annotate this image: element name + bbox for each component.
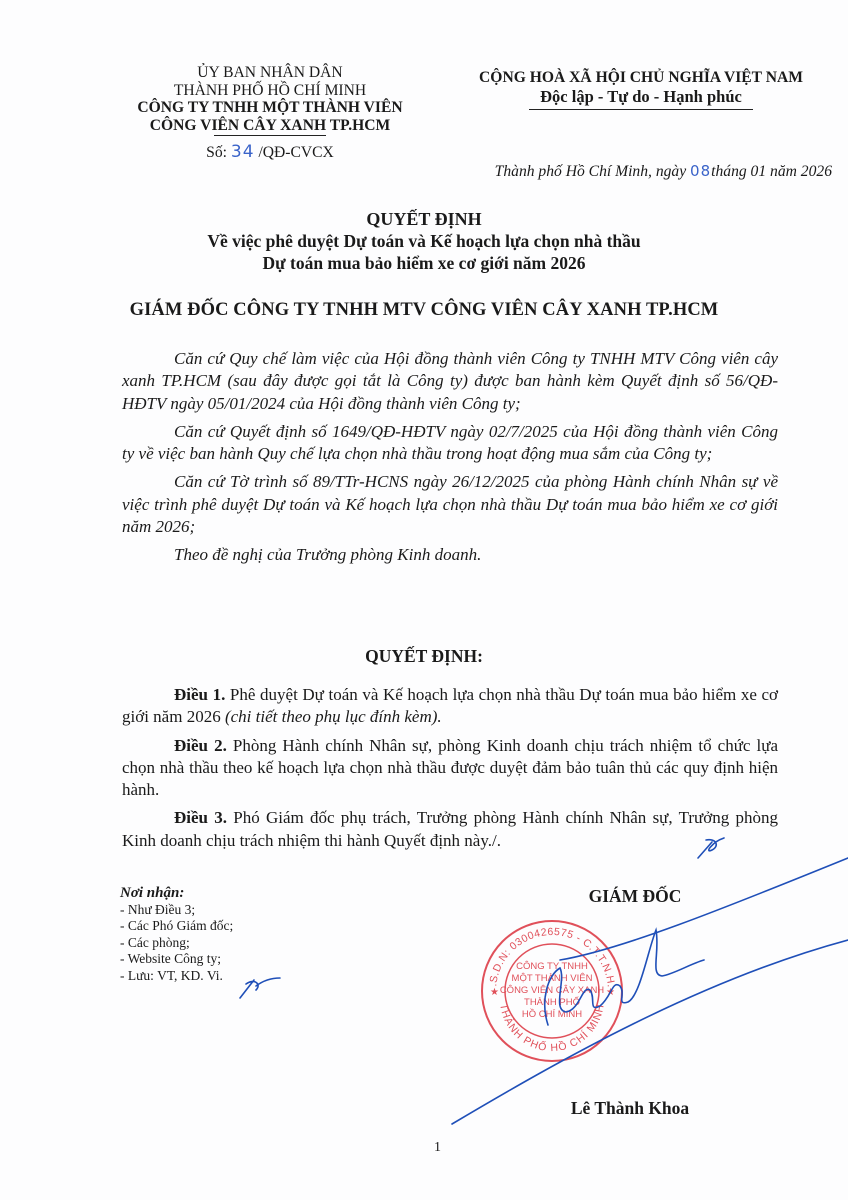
document-page: ỦY BAN NHÂN DÂN THÀNH PHỐ HỒ CHÍ MINH CÔ… <box>0 0 848 1200</box>
svg-text:CÔNG TY TNHH: CÔNG TY TNHH <box>516 961 588 972</box>
motto: Độc lập - Tự do - Hạnh phúc <box>446 87 836 106</box>
number-suffix: /QĐ-CVCX <box>258 144 333 161</box>
date-day: 08 <box>690 162 711 180</box>
company-line-2: CÔNG VIÊN CÂY XANH TP.HCM <box>120 117 420 135</box>
title-subject-2: Dự toán mua bảo hiểm xe cơ giới năm 2026 <box>100 252 748 274</box>
preamble-item: Theo đề nghị của Trưởng phòng Kinh doanh… <box>122 544 778 566</box>
article-1: Điều 1. Phê duyệt Dự toán và Kế hoạch lự… <box>122 684 778 729</box>
article-label: Điều 1. <box>174 685 225 704</box>
agency-underline <box>214 135 326 136</box>
article-label: Điều 2. <box>174 736 227 755</box>
motto-underline <box>529 109 753 110</box>
title-heading: QUYẾT ĐỊNH <box>100 208 748 230</box>
number-label: Số: <box>206 144 227 161</box>
signer-title: GIÁM ĐỐC <box>560 886 710 907</box>
company-stamp: M.S.D.N: 0300426575 - C.T.T.N.H.H THÀNH … <box>478 917 626 1065</box>
date-prefix: Thành phố Hồ Chí Minh, ngày <box>495 163 686 180</box>
decision-heading: QUYẾT ĐỊNH: <box>100 646 748 667</box>
title-subject-1: Về việc phê duyệt Dự toán và Kế hoạch lự… <box>100 230 748 252</box>
svg-text:HỒ CHÍ MINH: HỒ CHÍ MINH <box>522 1008 582 1020</box>
preamble-item: Căn cứ Tờ trình số 89/TTr-HCNS ngày 26/1… <box>122 471 778 538</box>
article-2: Điều 2. Phòng Hành chính Nhân sự, phòng … <box>122 735 778 802</box>
svg-text:★: ★ <box>606 987 615 998</box>
recipient-item: - Lưu: VT, KD. Vi. <box>120 968 233 985</box>
article-label: Điều 3. <box>174 808 227 827</box>
document-number: Số: 34 /QĐ-CVCX <box>120 144 420 162</box>
issuing-agency: ỦY BAN NHÂN DÂN THÀNH PHỐ HỒ CHÍ MINH CÔ… <box>120 64 420 162</box>
recipients-heading: Nơi nhận: <box>120 885 233 902</box>
preamble: Căn cứ Quy chế làm việc của Hội đồng thà… <box>122 348 778 567</box>
recipient-item: - Như Điều 3; <box>120 902 233 919</box>
recipient-item: - Website Công ty; <box>120 951 233 968</box>
svg-text:★: ★ <box>490 987 499 998</box>
company-line-1: CÔNG TY TNHH MỘT THÀNH VIÊN <box>120 99 420 117</box>
recipient-item: - Các phòng; <box>120 935 233 952</box>
article-note: (chi tiết theo phụ lục đính kèm). <box>225 707 442 726</box>
recipient-item: - Các Phó Giám đốc; <box>120 918 233 935</box>
svg-text:CÔNG VIÊN CÂY XANH: CÔNG VIÊN CÂY XANH <box>500 985 604 996</box>
article-3: Điều 3. Phó Giám đốc phụ trách, Trưởng p… <box>122 807 778 852</box>
page-number: 1 <box>434 1140 441 1156</box>
svg-text:THÀNH PHỐ: THÀNH PHỐ <box>524 996 580 1008</box>
preamble-item: Căn cứ Quy chế làm việc của Hội đồng thà… <box>122 348 778 415</box>
preamble-item: Căn cứ Quyết định số 1649/QĐ-HĐTV ngày 0… <box>122 421 778 466</box>
authority-heading: GIÁM ĐỐC CÔNG TY TNHH MTV CÔNG VIÊN CÂY … <box>80 300 768 321</box>
articles: Điều 1. Phê duyệt Dự toán và Kế hoạch lự… <box>122 684 778 852</box>
date-line: Thành phố Hồ Chí Minh, ngày 08tháng 01 n… <box>440 162 832 181</box>
nation-name: CỘNG HOÀ XÃ HỘI CHỦ NGHĨA VIỆT NAM <box>446 68 836 87</box>
document-title: QUYẾT ĐỊNH Về việc phê duyệt Dự toán và … <box>100 208 748 274</box>
agency-line-2: THÀNH PHỐ HỒ CHÍ MINH <box>120 82 420 100</box>
svg-text:MỘT THÀNH VIÊN: MỘT THÀNH VIÊN <box>512 973 593 984</box>
agency-line-1: ỦY BAN NHÂN DÂN <box>120 64 420 82</box>
date-suffix: tháng 01 năm 2026 <box>711 163 832 180</box>
national-heading: CỘNG HOÀ XÃ HỘI CHỦ NGHĨA VIỆT NAM Độc l… <box>446 68 836 110</box>
recipients: Nơi nhận: - Như Điều 3; - Các Phó Giám đ… <box>120 885 233 984</box>
signer-name: Lê Thành Khoa <box>540 1098 720 1119</box>
number-value: 34 <box>231 142 255 162</box>
